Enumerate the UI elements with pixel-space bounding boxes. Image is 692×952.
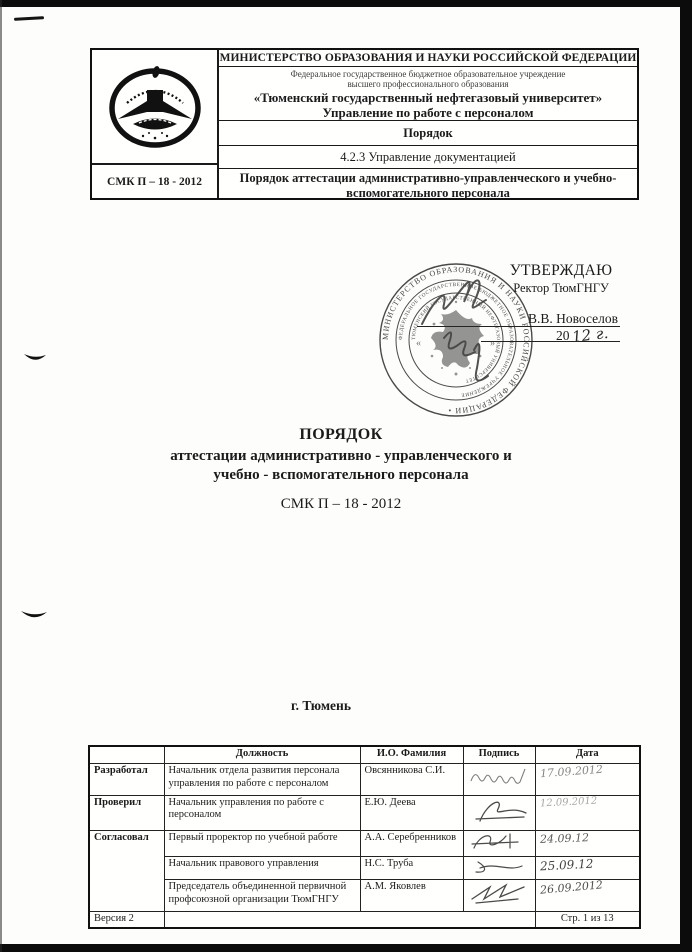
binding-mark-icon bbox=[22, 348, 48, 364]
university-logo-icon bbox=[107, 63, 203, 151]
handwritten-date: 25.09.12 bbox=[539, 856, 593, 873]
scan-edge-bottom bbox=[0, 944, 692, 952]
university-name: «Тюменский государственный нефтегазовый … bbox=[219, 90, 637, 105]
doc-title: Порядок аттестации административно-управ… bbox=[219, 169, 637, 201]
city-label: г. Тюмень bbox=[0, 698, 642, 714]
version-row: Версия 2 Стр. 1 из 13 bbox=[89, 911, 640, 928]
table-row: Проверил Начальник управления по работе … bbox=[89, 795, 640, 831]
table-row: Председатель объединенной первичной проф… bbox=[89, 880, 640, 912]
signoff-table: Должность И.О. Фамилия Подпись Дата Разр… bbox=[88, 745, 641, 929]
handwritten-date: 12.09.2012 bbox=[539, 795, 597, 810]
scan-dash-mark bbox=[14, 16, 44, 21]
svg-text:«: « bbox=[416, 338, 421, 349]
institution-block: Федеральное государственное бюджетное об… bbox=[219, 67, 637, 121]
main-subtitle-line2: учебно - вспомогательного персонала bbox=[0, 467, 682, 484]
main-subtitle-line1: аттестации административно - управленчес… bbox=[0, 448, 682, 465]
stamp-emblem bbox=[431, 301, 484, 376]
department-name: Управление по работе с персоналом bbox=[219, 105, 637, 120]
binding-mark-icon bbox=[19, 604, 49, 622]
signature-scribble bbox=[463, 764, 535, 796]
col-role bbox=[89, 746, 164, 764]
institution-line2: высшего профессионального образования bbox=[219, 79, 637, 89]
page-number: Стр. 1 из 13 bbox=[535, 911, 640, 928]
col-name: И.О. Фамилия bbox=[360, 746, 463, 764]
handwritten-year: 12 г. bbox=[571, 324, 609, 346]
doc-section: 4.2.3 Управление документацией bbox=[219, 146, 637, 169]
signoff-header-row: Должность И.О. Фамилия Подпись Дата bbox=[89, 746, 640, 764]
svg-text:»: » bbox=[490, 338, 495, 349]
col-date: Дата bbox=[535, 746, 640, 764]
version-label: Версия 2 bbox=[89, 911, 164, 928]
scan-edge-top bbox=[0, 0, 692, 7]
signature-scribble bbox=[463, 831, 535, 857]
col-signature: Подпись bbox=[463, 746, 535, 764]
logo-cell bbox=[92, 50, 217, 163]
main-doc-code: СМК П – 18 - 2012 bbox=[0, 496, 682, 513]
table-row: Начальник правового управления Н.С. Труб… bbox=[89, 856, 640, 880]
header-table: СМК П – 18 - 2012 МИНИСТЕРСТВО ОБРАЗОВАН… bbox=[90, 48, 639, 200]
table-row: Разработал Начальник отдела развития пер… bbox=[89, 764, 640, 796]
signature-scribble bbox=[463, 880, 535, 912]
main-title: ПОРЯДОК bbox=[0, 426, 682, 444]
handwritten-date: 26.09.2012 bbox=[539, 879, 603, 898]
doc-code: СМК П – 18 - 2012 bbox=[92, 163, 217, 198]
university-stamp-icon: МИНИСТЕРСТВО ОБРАЗОВАНИЯ И НАУКИ РОССИЙС… bbox=[372, 258, 544, 426]
approval-year: 2012 г. bbox=[556, 326, 608, 344]
doc-kind: Порядок bbox=[219, 121, 637, 146]
table-row: Согласовал Первый проректор по учебной р… bbox=[89, 831, 640, 857]
institution-line1: Федеральное государственное бюджетное об… bbox=[219, 69, 637, 79]
col-position: Должность bbox=[164, 746, 360, 764]
ministry-line: МИНИСТЕРСТВО ОБРАЗОВАНИЯ И НАУКИ РОССИЙС… bbox=[219, 50, 637, 67]
document-page: СМК П – 18 - 2012 МИНИСТЕРСТВО ОБРАЗОВАН… bbox=[0, 0, 692, 952]
signature-scribble bbox=[463, 856, 535, 880]
signature-scribble bbox=[463, 795, 535, 831]
handwritten-date: 24.09.12 bbox=[539, 831, 588, 846]
handwritten-date: 17.09.2012 bbox=[539, 763, 603, 781]
